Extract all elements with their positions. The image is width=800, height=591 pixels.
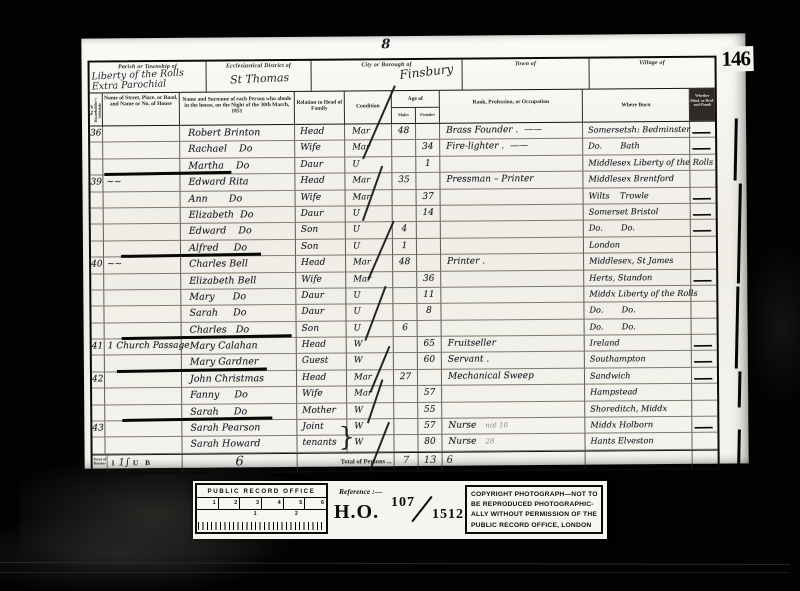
total-males: 7 bbox=[395, 453, 419, 470]
cell-occupation: Nursenot 10 bbox=[442, 418, 585, 436]
cell-relation: Wife bbox=[297, 387, 347, 404]
cell-age-male bbox=[394, 337, 418, 354]
cell-condition: U bbox=[346, 239, 393, 256]
margin-stroke bbox=[738, 371, 741, 407]
cell-where-born: Do. Bath bbox=[583, 138, 690, 155]
cell-age-male bbox=[394, 435, 418, 452]
cell-infirm: ▬ bbox=[691, 220, 716, 237]
cell-street bbox=[103, 159, 180, 176]
cell-schedule-number bbox=[90, 159, 103, 175]
cell-age-male: 1 bbox=[393, 239, 417, 256]
cell-age-male: 27 bbox=[394, 370, 418, 387]
cell-relation: Son bbox=[296, 239, 346, 256]
cell-infirm bbox=[692, 433, 717, 450]
cell-age-male bbox=[393, 206, 417, 223]
cell-condition: Mar bbox=[346, 255, 393, 272]
cell-condition: U bbox=[345, 157, 392, 174]
cell-age-male bbox=[394, 403, 418, 420]
ruler-inch-number: 3 bbox=[240, 498, 262, 509]
column-header-relation: Relation to Head of Family bbox=[295, 92, 345, 124]
cell-age-male: 48 bbox=[392, 124, 416, 141]
cell-occupation bbox=[441, 287, 584, 305]
cell-condition: Mar bbox=[345, 124, 392, 141]
cell-street: ∼∼ bbox=[103, 175, 180, 192]
cell-relation: Wife bbox=[296, 190, 346, 207]
cell-occupation bbox=[441, 188, 584, 206]
cell-age-male bbox=[393, 190, 417, 207]
cell-person-name: Ann Do bbox=[181, 190, 296, 207]
pencil-annotation: 28 bbox=[485, 438, 494, 446]
cell-street: 1 Church Passage bbox=[105, 339, 182, 356]
margin-stroke bbox=[735, 286, 739, 368]
cell-infirm bbox=[690, 154, 715, 171]
ink-tick-mark: ▬ bbox=[689, 144, 714, 154]
cell-infirm: ▬ bbox=[691, 187, 716, 204]
total-houses-cell: Total of Houses I 1∫ U B bbox=[93, 455, 183, 473]
cell-street bbox=[104, 191, 181, 208]
cell-occupation bbox=[442, 319, 585, 337]
cell-infirm bbox=[690, 171, 715, 188]
column-header-schedule: No. of Householder's Schedule bbox=[90, 93, 103, 125]
occupation-text: Brass Founder . —— bbox=[446, 125, 542, 136]
occupation-text: Pressman – Printer bbox=[446, 174, 533, 185]
cell-condition: W bbox=[347, 337, 394, 354]
cell-age-male: 4 bbox=[393, 222, 417, 239]
district-header: Parish or Township of Liberty of the Rol… bbox=[90, 58, 715, 94]
cell-age-female: 55 bbox=[418, 402, 442, 419]
cell-age-female: 80 bbox=[418, 435, 442, 452]
ink-tick-mark: ▬ bbox=[691, 373, 716, 383]
cell-age-female bbox=[416, 124, 440, 141]
cell-infirm: ▬ bbox=[690, 138, 715, 155]
cell-infirm: ▬ bbox=[692, 335, 717, 352]
cell-occupation bbox=[441, 221, 584, 239]
cell-age-female: 14 bbox=[417, 206, 441, 223]
cell-street bbox=[104, 273, 181, 290]
cell-age-female: 57 bbox=[418, 419, 442, 436]
cell-condition: W bbox=[347, 354, 394, 371]
column-header-infirm: Whether Blind, or Deaf-and-Dumb bbox=[690, 89, 715, 121]
cell-street bbox=[105, 388, 182, 405]
ruler-cm-number: 2 bbox=[295, 511, 298, 517]
reference-piece-number: 107 bbox=[391, 495, 415, 511]
cell-occupation: Pressman – Printer bbox=[440, 172, 583, 190]
cell-schedule-number: 39 bbox=[90, 176, 103, 192]
ruler-inch-number: 2 bbox=[219, 498, 241, 509]
cell-schedule-number bbox=[91, 274, 104, 290]
cell-relation: Son bbox=[297, 321, 347, 338]
district-field: Village of bbox=[589, 58, 714, 89]
cell-relation: Head bbox=[295, 125, 345, 142]
cell-person-name: Sarah Do bbox=[181, 305, 296, 322]
cell-infirm: ▬ bbox=[692, 367, 717, 384]
total-infirm-blank bbox=[693, 450, 718, 467]
cell-age-female: 60 bbox=[418, 353, 442, 370]
cell-relation: Head bbox=[297, 370, 347, 387]
margin-stroke bbox=[734, 118, 738, 180]
cell-where-born: London bbox=[584, 237, 691, 254]
ruler-inch-number: 1 bbox=[197, 498, 219, 509]
copyright-line: ALLY WITHOUT PERMISSION OF THE bbox=[471, 510, 601, 520]
cell-person-name: Mary Calahan bbox=[182, 338, 297, 355]
cell-person-name: Robert Brinton bbox=[180, 125, 295, 142]
cell-schedule-number bbox=[92, 405, 105, 421]
cell-schedule-number: 43 bbox=[92, 421, 105, 437]
cell-where-born: Southampton bbox=[585, 351, 692, 368]
cell-person-name: Edward Do bbox=[181, 223, 296, 240]
ruler-cm-number: 1 bbox=[254, 511, 257, 517]
cell-street bbox=[105, 404, 182, 421]
ruler-inch-number: 6 bbox=[305, 498, 326, 509]
cell-occupation: Printer . bbox=[441, 254, 584, 272]
ink-tick-mark: ▬ bbox=[689, 226, 714, 236]
cell-age-male bbox=[394, 419, 418, 436]
cell-infirm: ▬ bbox=[690, 122, 715, 139]
cell-occupation bbox=[441, 205, 584, 223]
cell-age-male: 35 bbox=[392, 173, 416, 190]
total-persons-label: Total of Persons ... bbox=[298, 453, 395, 471]
cell-condition: W bbox=[347, 403, 394, 420]
uninhabited-letter: U bbox=[133, 458, 139, 467]
copyright-line: BE REPRODUCED PHOTOGRAPHIC- bbox=[471, 500, 601, 510]
cell-age-female bbox=[418, 370, 442, 387]
cell-condition: U bbox=[346, 304, 393, 321]
cell-infirm bbox=[691, 253, 716, 270]
occupation-text: Fire-lighter . —— bbox=[446, 142, 528, 153]
cell-person-name: Martha Do bbox=[180, 158, 295, 175]
cell-schedule-number bbox=[92, 323, 105, 339]
cell-age-female bbox=[416, 173, 440, 190]
district-field: City or Borough of Finsbury bbox=[312, 60, 463, 91]
cell-relation: Daur bbox=[295, 157, 345, 174]
cell-street bbox=[105, 437, 182, 454]
cell-where-born: Middlesex, St James bbox=[584, 253, 691, 270]
film-scratch bbox=[0, 572, 790, 573]
cell-relation: Son bbox=[296, 223, 346, 240]
cell-where-born: Middx Liberty of the Rolls bbox=[584, 286, 691, 303]
cell-person-name: Fanny Do bbox=[182, 387, 297, 404]
cell-relation: Joint bbox=[297, 420, 347, 437]
cell-person-name: Elizabeth Do bbox=[181, 207, 296, 224]
cell-schedule-number: 36 bbox=[90, 126, 103, 142]
census-table: Parish or Township of Liberty of the Rol… bbox=[87, 56, 719, 475]
cell-condition: Mar bbox=[346, 272, 393, 289]
margin-stroke bbox=[737, 183, 742, 283]
ruler-inch-number: 4 bbox=[262, 498, 284, 509]
total-born-blank bbox=[586, 451, 693, 469]
total-houses-values: I 1∫ U B bbox=[108, 455, 182, 473]
cell-where-born: Sandwich bbox=[585, 368, 692, 385]
district-field-label: Village of bbox=[589, 58, 714, 67]
reference-department: H.O. bbox=[334, 501, 379, 524]
cell-street: ∼∼ bbox=[104, 257, 181, 274]
margin-stroke bbox=[737, 429, 740, 463]
cell-street bbox=[104, 306, 181, 323]
cell-street bbox=[104, 290, 181, 307]
cell-relation: Head bbox=[296, 256, 346, 273]
cell-age-male bbox=[394, 386, 418, 403]
cell-where-born: Do. Do. bbox=[584, 220, 691, 237]
cell-age-female: 11 bbox=[417, 288, 441, 305]
cell-person-name: Rachael Do bbox=[180, 141, 295, 158]
cell-occupation: Nurse28 bbox=[442, 434, 585, 452]
copyright-box: COPYRIGHT PHOTOGRAPH—NOT TOBE REPRODUCED… bbox=[465, 485, 603, 534]
column-header-occupation: Rank, Profession, or Occupation bbox=[440, 90, 583, 123]
cell-age-male bbox=[393, 271, 417, 288]
cell-infirm: ▬ bbox=[692, 417, 717, 434]
cell-where-born: Shoreditch, Middx bbox=[585, 400, 692, 417]
public-record-office-strip: PUBLIC RECORD OFFICE 123456 1 2 Referenc… bbox=[193, 481, 607, 539]
cell-person-name: Elizabeth Bell bbox=[181, 272, 296, 289]
occupation-text: Servant . bbox=[448, 355, 489, 365]
cell-schedule-number bbox=[91, 192, 104, 208]
cell-condition: W bbox=[347, 419, 394, 436]
column-header-age-females: Females bbox=[416, 108, 439, 123]
cell-occupation: Fire-lighter . —— bbox=[440, 139, 583, 157]
pro-title: PUBLIC RECORD OFFICE bbox=[197, 485, 326, 498]
cell-schedule-number bbox=[92, 438, 105, 454]
cell-where-born: Somersetsh: Bedminster bbox=[583, 122, 690, 139]
cell-occupation: Fruitseller bbox=[442, 336, 585, 354]
cell-occupation bbox=[442, 401, 585, 419]
page-number-top: 8 bbox=[381, 37, 390, 52]
cell-infirm bbox=[691, 286, 716, 303]
cell-schedule-number bbox=[91, 208, 104, 224]
pencil-annotation: not 10 bbox=[485, 421, 508, 429]
cell-where-born: Hampstead bbox=[585, 384, 692, 401]
microfilm-photograph: 8 146 Parish or Township of Liberty of t… bbox=[0, 0, 800, 591]
cell-where-born: Do. Do. bbox=[585, 319, 692, 336]
column-header-age-label: Age of bbox=[392, 91, 439, 108]
total-schedules: 6 bbox=[183, 454, 298, 472]
cell-infirm bbox=[692, 400, 717, 417]
cell-street bbox=[103, 126, 180, 143]
cell-person-name: Mary Gardner bbox=[182, 354, 297, 371]
cell-relation: Head bbox=[297, 338, 347, 355]
ink-tick-mark: ▬ bbox=[689, 193, 714, 203]
district-field-label: Ecclesiastical District of bbox=[207, 61, 311, 70]
cell-age-female: 34 bbox=[416, 140, 440, 157]
ruler-centimetres: 1 2 bbox=[197, 510, 326, 532]
occupation-text: Nurse bbox=[448, 421, 476, 431]
cell-street bbox=[105, 372, 182, 389]
occupation-text: Printer . bbox=[447, 257, 485, 267]
cell-person-name: Sarah Pearson bbox=[182, 420, 297, 437]
cell-infirm: ▬ bbox=[691, 269, 716, 286]
cell-relation: tenants bbox=[297, 436, 347, 453]
cell-age-female: 1 bbox=[416, 157, 440, 174]
ink-tick-mark: ▬ bbox=[690, 341, 715, 351]
film-scratch bbox=[0, 562, 790, 565]
cell-where-born: Ireland bbox=[585, 335, 692, 352]
cell-where-born: Wilts Trowle bbox=[584, 187, 691, 204]
cell-age-male bbox=[393, 288, 417, 305]
cell-condition: Mar bbox=[347, 386, 394, 403]
cell-occupation bbox=[440, 155, 583, 173]
total-occupation-note: 6 bbox=[443, 451, 586, 469]
cell-where-born: Do. Do. bbox=[584, 302, 691, 319]
cell-occupation bbox=[441, 270, 584, 288]
cell-schedule-number bbox=[91, 307, 104, 323]
cell-relation: Daur bbox=[296, 206, 346, 223]
cell-occupation bbox=[442, 385, 585, 403]
cell-schedule-number bbox=[91, 241, 104, 257]
column-header-street: Name of Street, Place, or Road, and Name… bbox=[103, 93, 180, 126]
cell-occupation: Mechanical Sweep bbox=[442, 369, 585, 387]
cell-person-name: Charles Do bbox=[182, 322, 297, 339]
cell-age-male: 48 bbox=[393, 255, 417, 272]
cell-age-male bbox=[392, 140, 416, 157]
cell-street bbox=[104, 208, 181, 225]
ruler-inch-number: 5 bbox=[284, 498, 306, 509]
occupation-text: Nurse bbox=[448, 437, 476, 447]
ruler-box: PUBLIC RECORD OFFICE 123456 1 2 bbox=[195, 483, 328, 534]
cell-condition: U bbox=[346, 288, 393, 305]
cell-infirm: ▬ bbox=[692, 351, 717, 368]
cell-person-name: Sarah Do bbox=[182, 404, 297, 421]
cell-age-female: 57 bbox=[418, 386, 442, 403]
district-field: Ecclesiastical District of St Thomas bbox=[207, 61, 312, 92]
cell-age-female bbox=[417, 255, 441, 272]
cell-schedule-number bbox=[91, 225, 104, 241]
cell-age-male bbox=[392, 157, 416, 174]
cell-occupation: Servant . bbox=[442, 352, 585, 370]
cell-relation: Wife bbox=[296, 272, 346, 289]
cell-age-male: 6 bbox=[394, 321, 418, 338]
census-page: 8 146 Parish or Township of Liberty of t… bbox=[81, 33, 748, 468]
cell-schedule-number: 41 bbox=[92, 340, 105, 356]
district-field-value: St Thomas bbox=[208, 72, 310, 86]
cell-age-male bbox=[393, 304, 417, 321]
cell-condition: Mar bbox=[346, 190, 393, 207]
cell-relation: Daur bbox=[296, 288, 346, 305]
cell-relation: Head bbox=[295, 174, 345, 191]
cell-schedule-number bbox=[92, 356, 105, 372]
cell-where-born: Hants Elveston bbox=[585, 433, 692, 450]
cell-street bbox=[103, 142, 180, 159]
column-header-born: Where Born bbox=[583, 89, 690, 122]
column-header-age: Age of Males Females bbox=[392, 91, 440, 123]
cell-person-name: Sarah Howard bbox=[182, 436, 297, 453]
cell-schedule-number: 40 bbox=[91, 258, 104, 274]
cell-condition: Mar bbox=[347, 370, 394, 387]
inhabited-count: 1∫ bbox=[118, 457, 130, 468]
cell-schedule-number: 42 bbox=[92, 372, 105, 388]
district-field-label: Town of bbox=[462, 59, 588, 68]
cell-where-born: Somerset Bristol bbox=[584, 204, 691, 221]
cell-schedule-number bbox=[90, 143, 103, 159]
cell-where-born: Herts, Standon bbox=[584, 269, 691, 286]
cell-relation: Daur bbox=[296, 305, 346, 322]
cell-infirm bbox=[691, 236, 716, 253]
occupation-text: Fruitseller bbox=[448, 338, 496, 348]
cell-condition: Mar bbox=[345, 173, 392, 190]
cell-age-female bbox=[418, 320, 442, 337]
photo-noise bbox=[742, 240, 800, 410]
cell-infirm bbox=[692, 384, 717, 401]
cell-age-female: 65 bbox=[418, 337, 442, 354]
cell-street bbox=[104, 241, 181, 258]
cell-where-born: Middx Holborn bbox=[585, 417, 692, 434]
occupation-text: Mechanical Sweep bbox=[448, 371, 534, 382]
column-header-name: Name and Surname of each Person who abod… bbox=[180, 92, 295, 125]
ink-tick-mark: ▬ bbox=[690, 275, 715, 285]
total-females: 13 bbox=[419, 453, 443, 470]
ink-tick-mark: ▬ bbox=[690, 357, 715, 367]
cell-person-name: Alfred Do bbox=[181, 240, 296, 257]
cell-age-female: 8 bbox=[417, 304, 441, 321]
cell-condition: W bbox=[347, 436, 394, 453]
cell-condition: Mar bbox=[345, 141, 392, 158]
cell-occupation: Brass Founder . —— bbox=[440, 123, 583, 141]
column-header-condition: Condition bbox=[345, 91, 392, 123]
ink-tick-mark: ▬ bbox=[691, 423, 716, 433]
cell-age-female: 36 bbox=[417, 271, 441, 288]
cell-person-name: John Christmas bbox=[182, 371, 297, 388]
copyright-line: COPYRIGHT PHOTOGRAPH—NOT TO bbox=[471, 490, 601, 500]
cell-street bbox=[105, 323, 182, 340]
cell-condition: U bbox=[346, 223, 393, 240]
cell-age-female bbox=[417, 239, 441, 256]
cell-occupation bbox=[441, 237, 584, 255]
census-rows: 36 Robert Brinton Head Mar 48 Brass Foun… bbox=[90, 122, 718, 455]
cell-where-born: Middlesex Brentford bbox=[583, 171, 690, 188]
cell-infirm: ▬ bbox=[691, 204, 716, 221]
cell-relation: Mother bbox=[297, 403, 347, 420]
cell-age-male bbox=[394, 353, 418, 370]
cell-occupation bbox=[441, 303, 584, 321]
cell-age-female bbox=[417, 222, 441, 239]
cell-condition: U bbox=[346, 206, 393, 223]
building-letter: B bbox=[145, 458, 151, 467]
cell-schedule-number bbox=[92, 389, 105, 405]
ink-tick-mark: ▬ bbox=[689, 209, 714, 219]
total-houses-label: Total of Houses bbox=[93, 455, 108, 472]
copyright-line: PUBLIC RECORD OFFICE, LONDON bbox=[471, 521, 601, 531]
cell-infirm bbox=[692, 318, 717, 335]
cell-relation: Wife bbox=[295, 141, 345, 158]
column-headers: No. of Householder's Schedule Name of St… bbox=[90, 89, 715, 127]
ink-tick-mark: ▬ bbox=[689, 128, 714, 138]
cell-age-female: 37 bbox=[417, 189, 441, 206]
cell-infirm bbox=[691, 302, 716, 319]
reference-item-number: 1512 bbox=[432, 507, 464, 523]
cell-street bbox=[105, 421, 182, 438]
cell-condition: U bbox=[347, 321, 394, 338]
column-header-age-males: Males bbox=[392, 108, 416, 123]
district-field: Parish or Township of Liberty of the Rol… bbox=[90, 62, 207, 93]
cell-street bbox=[104, 224, 181, 241]
cell-street bbox=[105, 355, 182, 372]
reference-label: Reference :— bbox=[339, 487, 382, 496]
cell-person-name: Edward Rita bbox=[180, 174, 295, 191]
cell-where-born: Middlesex Liberty of the Rolls bbox=[583, 155, 690, 172]
district-field-value: Liberty of the Rolls Extra Parochial bbox=[91, 68, 206, 93]
ruler-inches: 123456 bbox=[197, 498, 326, 510]
cell-schedule-number bbox=[91, 290, 104, 306]
folio-number: 146 bbox=[720, 46, 753, 72]
inhabited-letter: I bbox=[112, 458, 116, 467]
cell-relation: Guest bbox=[297, 354, 347, 371]
cell-person-name: Charles Bell bbox=[181, 256, 296, 273]
cell-person-name: Mary Do bbox=[181, 289, 296, 306]
district-field: Town of bbox=[462, 59, 589, 90]
